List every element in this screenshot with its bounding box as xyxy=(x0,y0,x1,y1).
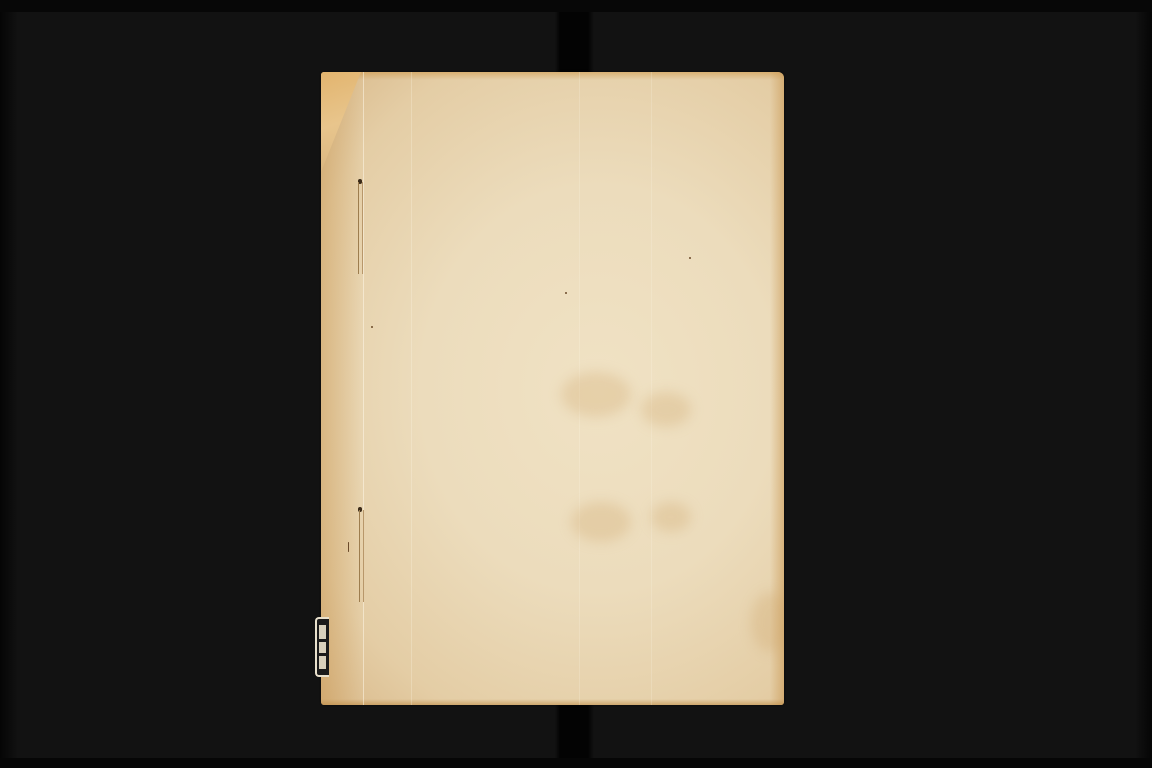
speck xyxy=(348,542,349,552)
backdrop-bottom-edge xyxy=(0,758,1152,768)
spine-label-cell xyxy=(319,625,326,639)
speck xyxy=(371,326,373,328)
booklet-cover xyxy=(321,72,784,705)
backdrop-top-edge xyxy=(0,0,1152,12)
thread-stitch-bottom xyxy=(359,510,364,602)
spine-label xyxy=(315,617,329,677)
spine-label-cell xyxy=(319,642,326,653)
speck xyxy=(689,257,691,259)
stain xyxy=(751,592,784,652)
stain xyxy=(641,392,691,427)
thread-stitch-top xyxy=(358,182,363,274)
paper-crease xyxy=(411,72,412,705)
left-edge-discoloration xyxy=(321,72,361,705)
stain xyxy=(561,372,631,417)
bottom-edge-discoloration xyxy=(321,699,784,705)
stain xyxy=(571,502,631,542)
stain xyxy=(651,502,691,532)
top-edge-discoloration xyxy=(321,72,784,80)
paper-crease xyxy=(651,72,652,705)
speck xyxy=(565,292,567,294)
spine-label-cell xyxy=(319,656,326,669)
spine-crease xyxy=(363,72,364,705)
